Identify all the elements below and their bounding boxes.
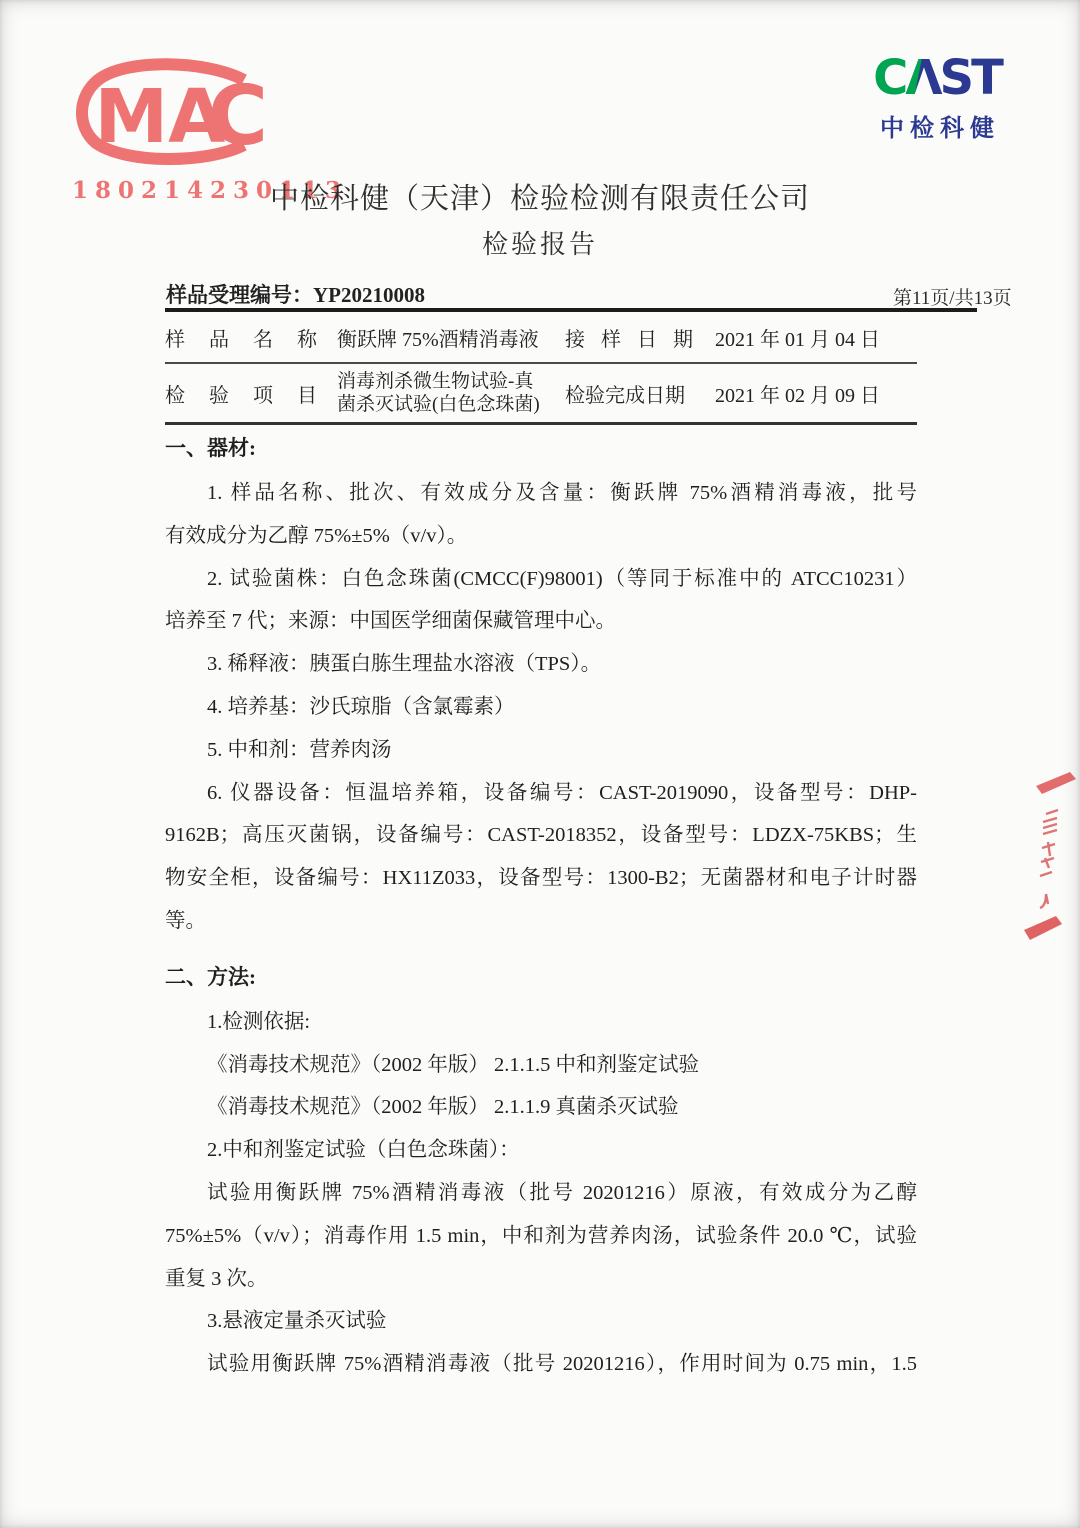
sample-name-value: 衡跃牌 75%酒精消毒液 <box>337 323 565 352</box>
test-item-value: 消毒剂杀微生物试验-真 菌杀灭试验(白色念珠菌) <box>337 370 565 416</box>
document-title: 检验报告 <box>0 224 1080 261</box>
body-line: 5. 中和剂：营养肉汤 <box>165 729 917 772</box>
cma-mark-icon: MA C <box>68 52 268 170</box>
body-line: 1.检测依据: <box>165 1001 917 1044</box>
complete-date-value: 2021 年 02 月 09 日 <box>715 379 917 408</box>
sample-number-label: 样品受理编号： <box>166 283 313 307</box>
page-indicator: 第11页/共13页 <box>893 283 1023 310</box>
body-line: 培养至 7 代；来源：中国医学细菌保藏管理中心。 <box>165 600 917 643</box>
cast-logo: CΛΛST 中检科健 <box>852 52 1022 143</box>
test-item-value-line1: 消毒剂杀微生物试验-真 <box>337 370 565 393</box>
complete-date-label: 检验完成日期 <box>565 385 685 407</box>
section2-heading: 二、方法: <box>165 953 917 1001</box>
row2-label2-cell: 检验完成日期 <box>565 379 715 408</box>
test-item-value-line2: 菌杀灭试验(白色念珠菌) <box>337 393 565 416</box>
cast-letters-st: ST <box>940 50 1001 106</box>
body-line: 重复 3 次。 <box>165 1258 917 1301</box>
body-line: 有效成分为乙醇 75%±5%（v/v）。 <box>165 515 917 558</box>
body-line: 2.中和剂鉴定试验（白色念珠菌）： <box>165 1129 917 1172</box>
red-stamp-fragment <box>1012 770 1080 960</box>
row2-label1-cell: 检验项目 <box>165 379 337 408</box>
receive-date-label: 接样日期 <box>565 323 693 352</box>
receive-date-value: 2021 年 01 月 04 日 <box>715 323 917 352</box>
report-body: 一、器材: 1. 样品名称、批次、有效成分及含量：衡跃牌 75%酒精消毒液，批号… <box>165 424 917 1386</box>
section1-heading: 一、器材: <box>165 424 917 472</box>
sample-info-table: 样品名称 衡跃牌 75%酒精消毒液 接样日期 2021 年 01 月 04 日 … <box>165 312 917 425</box>
body-line: 75%±5%（v/v）；消毒作用 1.5 min，中和剂为营养肉汤，试验条件 2… <box>165 1215 917 1258</box>
company-title: 中检科健（天津）检验检测有限责任公司 <box>0 176 1080 217</box>
sample-name-label: 样品名称 <box>165 323 317 352</box>
body-line: 物安全柜，设备编号：HX11Z033，设备型号：1300-B2；无菌器材和电子计… <box>165 857 917 900</box>
body-line: 9162B；高压灭菌锅，设备编号：CAST-2018352，设备型号：LDZX-… <box>165 814 917 857</box>
row1-label1-cell: 样品名称 <box>165 323 337 352</box>
cma-letters: MA <box>95 74 226 160</box>
test-item-label: 检验项目 <box>165 379 317 408</box>
body-line: 2. 试验菌株：白色念珠菌(CMCC(F)98001)（等同于标准中的 ATCC… <box>165 558 917 601</box>
cast-letter-c: C <box>873 50 905 106</box>
cast-wordmark: CΛΛST <box>852 52 1022 104</box>
table-row: 样品名称 衡跃牌 75%酒精消毒液 接样日期 2021 年 01 月 04 日 <box>165 312 917 364</box>
sample-number-line: 样品受理编号：YP20210008 <box>166 279 425 309</box>
body-line: 6. 仪器设备：恒温培养箱，设备编号：CAST-2019090，设备型号：DHP… <box>165 772 917 815</box>
body-line: 1. 样品名称、批次、有效成分及含量：衡跃牌 75%酒精消毒液，批号 20201… <box>165 472 917 515</box>
cast-caption: 中检科健 <box>852 108 1022 143</box>
body-line: 试验用衡跃牌 75%酒精消毒液（批号 20201216）原液，有效成分为乙醇 <box>165 1172 917 1215</box>
table-row: 检验项目 消毒剂杀微生物试验-真 菌杀灭试验(白色念珠菌) 检验完成日期 202… <box>165 364 917 425</box>
body-line: 《消毒技术规范》（2002 年版） 2.1.1.5 中和剂鉴定试验 <box>165 1044 917 1087</box>
body-line: 3.悬液定量杀灭试验 <box>165 1300 917 1343</box>
body-line: 试验用衡跃牌 75%酒精消毒液（批号 20201216），作用时间为 0.75 … <box>165 1343 917 1386</box>
row1-label2-cell: 接样日期 <box>565 323 715 352</box>
report-page: MA C 180214230113 CΛΛST 中检科健 中检科健（天津）检验检… <box>0 0 1080 1528</box>
body-line: 《消毒技术规范》（2002 年版） 2.1.1.9 真菌杀灭试验 <box>165 1086 917 1129</box>
body-line: 等。 <box>165 900 917 943</box>
cma-letter-c: C <box>208 69 268 164</box>
body-line: 3. 稀释液：胰蛋白胨生理盐水溶液（TPS）。 <box>165 643 917 686</box>
sample-number-value: YP20210008 <box>313 283 425 307</box>
body-line: 4. 培养基：沙氏琼脂（含氯霉素） <box>165 686 917 729</box>
